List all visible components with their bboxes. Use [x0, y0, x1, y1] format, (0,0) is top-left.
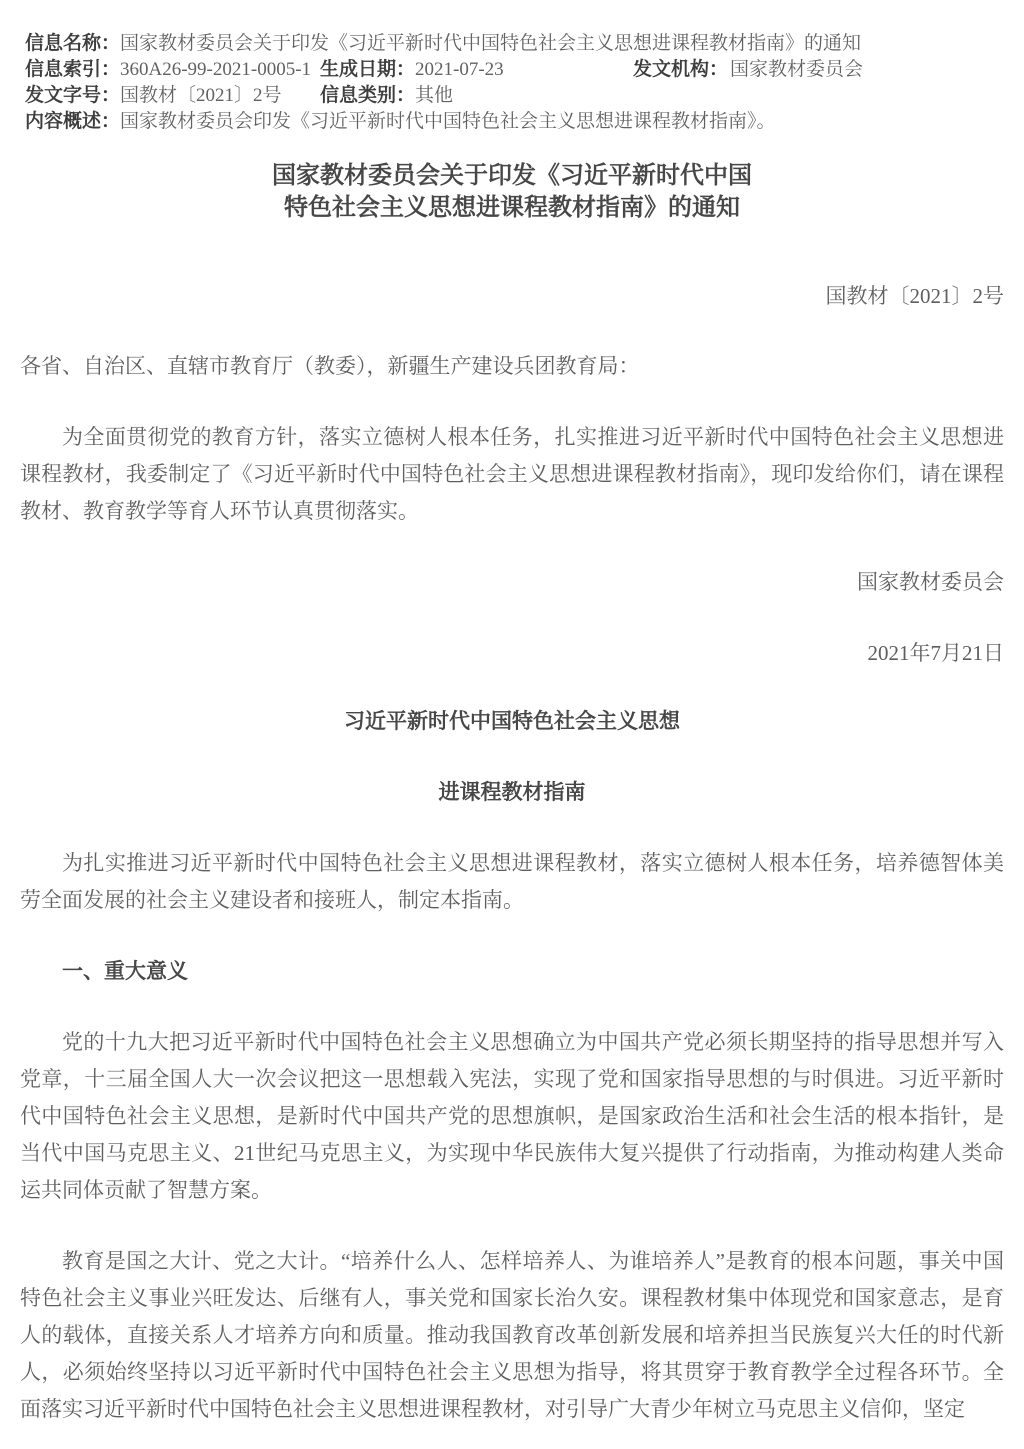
meta-label-issuing-agency: 发文机构： — [633, 57, 728, 83]
attachment-title-line2: 进课程教材指南 — [20, 774, 1004, 811]
salutation: 各省、自治区、直辖市教育厅（教委），新疆生产建设兵团教育局： — [20, 348, 1004, 385]
meta-label-info-name: 信息名称： — [25, 31, 120, 57]
signature-date: 2021年7月21日 — [20, 635, 1004, 672]
meta-row-info-name: 信息名称： 国家教材委员会关于印发《习近平新时代中国特色社会主义思想进课程教材指… — [20, 31, 1004, 57]
meta-value-summary: 国家教材委员会印发《习近平新时代中国特色社会主义思想进课程教材指南》。 — [120, 109, 776, 135]
document-page: 信息名称： 国家教材委员会关于印发《习近平新时代中国特色社会主义思想进课程教材指… — [0, 0, 1024, 1428]
meta-value-doc-number: 国教材〔2021〕2号 — [120, 83, 282, 109]
meta-label-doc-number: 发文字号： — [25, 83, 120, 109]
meta-label-summary: 内容概述： — [25, 109, 120, 135]
meta-value-issuing-agency: 国家教材委员会 — [730, 57, 863, 83]
paragraph-significance-2: 教育是国之大计、党之大计。“培养什么人、怎样培养人、为谁培养人”是教育的根本问题… — [20, 1243, 1004, 1428]
meta-value-info-name: 国家教材委员会关于印发《习近平新时代中国特色社会主义思想进课程教材指南》的通知 — [120, 31, 861, 57]
document-title: 国家教材委员会关于印发《习近平新时代中国 特色社会主义思想进课程教材指南》的通知 — [20, 160, 1004, 224]
meta-value-create-date: 2021-07-23 — [415, 57, 504, 83]
paragraph-significance-1: 党的十九大把习近平新时代中国特色社会主义思想确立为中国共产党必须长期坚持的指导思… — [20, 1024, 1004, 1209]
meta-value-info-category: 其他 — [415, 83, 453, 109]
document-title-line2: 特色社会主义思想进课程教材指南》的通知 — [20, 192, 1004, 224]
signature: 国家教材委员会 — [20, 564, 1004, 601]
paragraph-notice-body: 为全面贯彻党的教育方针，落实立德树人根本任务，扎实推进习近平新时代中国特色社会主… — [20, 419, 1004, 530]
meta-row-docnum-category: 发文字号： 国教材〔2021〕2号 信息类别： 其他 — [20, 83, 1004, 109]
meta-value-info-index: 360A26-99-2021-0005-1 — [120, 57, 311, 83]
metadata-block: 信息名称： 国家教材委员会关于印发《习近平新时代中国特色社会主义思想进课程教材指… — [20, 0, 1004, 135]
meta-label-info-index: 信息索引： — [25, 57, 120, 83]
doc-number: 国教材〔2021〕2号 — [20, 278, 1004, 315]
paragraph-guide-intro: 为扎实推进习近平新时代中国特色社会主义思想进课程教材，落实立德树人根本任务，培养… — [20, 845, 1004, 919]
meta-row-index-date-agency: 信息索引： 360A26-99-2021-0005-1 生成日期： 2021-0… — [20, 57, 1004, 83]
meta-label-create-date: 生成日期： — [320, 57, 415, 83]
document-title-line1: 国家教材委员会关于印发《习近平新时代中国 — [20, 160, 1004, 192]
meta-row-summary: 内容概述： 国家教材委员会印发《习近平新时代中国特色社会主义思想进课程教材指南》… — [20, 109, 1004, 135]
section-heading-significance: 一、重大意义 — [20, 953, 1004, 990]
attachment-title-line1: 习近平新时代中国特色社会主义思想 — [20, 703, 1004, 740]
meta-label-info-category: 信息类别： — [320, 83, 415, 109]
